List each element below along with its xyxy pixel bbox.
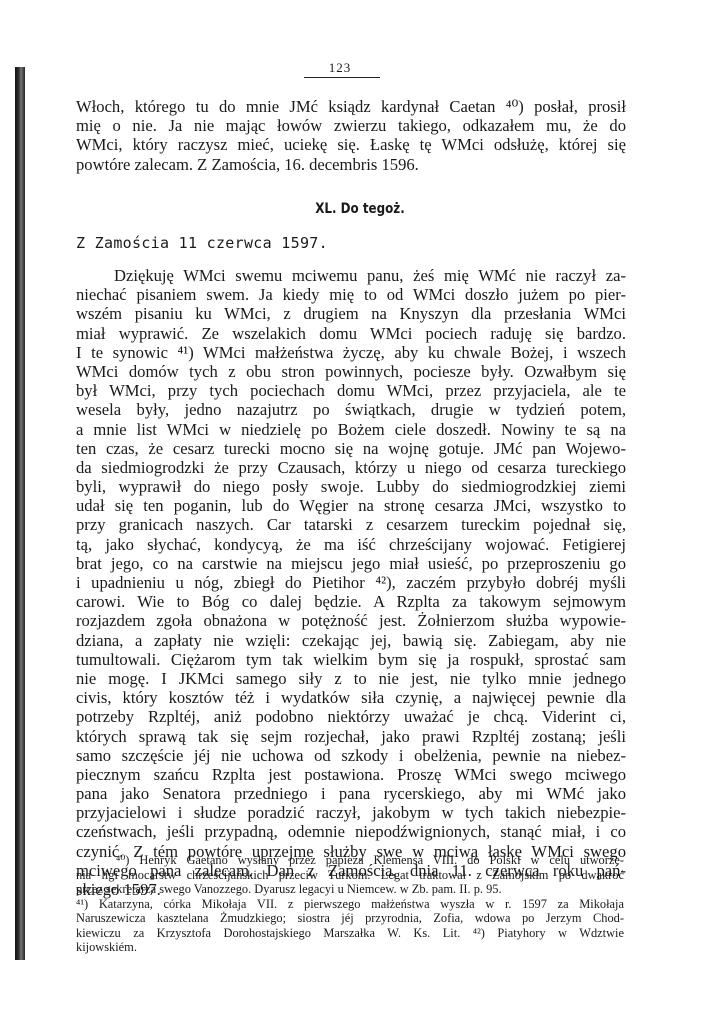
- page-number-rule: [304, 77, 380, 78]
- letter-body: Dziękuję WMci swemu mciwemu panu, żeś mi…: [76, 266, 626, 899]
- text-line: mię o nie. Ja nie mając łowów zwierzu ta…: [76, 116, 626, 135]
- text-line: a mnie list WMci w niedzielę po Bożem ci…: [76, 420, 626, 439]
- text-line: tumultowali. Ciężarom tym tak wielkim by…: [76, 650, 626, 669]
- text-line: civis, który kosztów téż i wydatków siła…: [76, 688, 626, 707]
- letter-heading: XL. Do tegoż.: [54, 201, 666, 217]
- footnote-line: ⁴⁰) Henryk Gaetano wysłany przez papieża…: [76, 853, 624, 868]
- text-line: WMci, który raczysz mieć, uciekę się. Ła…: [76, 135, 626, 154]
- text-line: brat jego, co na carstwie na miejscu jeg…: [76, 554, 626, 573]
- text-line: nie mogę. I JKMci samego siły z to nie j…: [76, 669, 626, 688]
- scan-binding-edge: [15, 67, 25, 960]
- text-line: Dziękuję WMci swemu mciwemu panu, żeś mi…: [76, 266, 626, 285]
- text-line: potrzeby Rzpltéj, aniż podobno niektórzy…: [76, 707, 626, 726]
- text-line: I te synowic ⁴¹) WMci małżeństwa życzę, …: [76, 343, 626, 362]
- continuation-paragraph: Włoch, którego tu do mnie JMć ksiądz kar…: [76, 97, 626, 174]
- text-line: Włoch, którego tu do mnie JMć ksiądz kar…: [76, 97, 626, 116]
- footnote-line: kiewiczu za Krzysztofa Dorohostajskiego …: [76, 926, 624, 941]
- text-line: przyjacielowi i słudze poradzić raczył, …: [76, 803, 626, 822]
- text-line: których sprawą tak się sejm rozjechał, j…: [76, 727, 626, 746]
- text-line: samo szczęście jéj nie uchowa od szkody …: [76, 746, 626, 765]
- footnote-line: kijowskiém.: [76, 940, 624, 955]
- text-line: powtóre zalecam. Z Zamościa, 16. decembr…: [76, 155, 626, 174]
- text-line: dziana, a zapłaty nie wzięli: czekając j…: [76, 631, 626, 650]
- text-line: ten czas, że cesarz turecki mocno się na…: [76, 439, 626, 458]
- text-line: da siedmiogrodzki że przy Czausach, któr…: [76, 458, 626, 477]
- page-number: 123: [300, 60, 380, 76]
- text-line: wszém pisaniu ku WMci, z drugiem na Knys…: [76, 304, 626, 323]
- text-line: miał wyprawić. Ze wszelakich domu WMci p…: [76, 324, 626, 343]
- footnote-line: przez sekretarza swego Vanozzego. Dyarus…: [76, 882, 624, 897]
- text-line: byli, wyprawił do niego posły swoje. Lub…: [76, 477, 626, 496]
- text-line: wesela były, jedno nazajutrz po świątkac…: [76, 400, 626, 419]
- text-line: udał się ten poganin, lub do Węgier na s…: [76, 496, 626, 515]
- text-line: był WMci, przy tych pociechach domu WMci…: [76, 381, 626, 400]
- text-line: przy granicach naszych. Car tatarski z c…: [76, 515, 626, 534]
- letter-dateline: Z Zamościa 11 czerwca 1597.: [76, 234, 328, 252]
- text-line: carowi. Wie to Bóg co dalej będzie. A Rz…: [76, 592, 626, 611]
- text-line: pana jako Senatora przedniego i pana ryc…: [76, 784, 626, 803]
- footnote-line: Naruszewicza kasztelana Żmudzkiego; sios…: [76, 911, 624, 926]
- footnote-line: nia ligi mocarstw chrześcijańskich przec…: [76, 868, 624, 883]
- text-line: i upadnieniu u nóg, zbiegł do Pietihor ⁴…: [76, 573, 626, 592]
- text-line: czeństwach, jeśli przypadną, odemnie nie…: [76, 822, 626, 841]
- text-line: WMci domów tych z obu stron powinnych, p…: [76, 362, 626, 381]
- footnote-line: ⁴¹) Katarzyna, córka Mikołaja VII. z pie…: [76, 897, 624, 912]
- text-line: tą, jako słychać, kondycyą, że ma iść ch…: [76, 535, 626, 554]
- footnotes: ⁴⁰) Henryk Gaetano wysłany przez papieża…: [76, 853, 624, 955]
- text-line: rozjazdem zgoła obnażona w potężność jes…: [76, 611, 626, 630]
- text-line: piecznym szańcu Rzplta jest postawiona. …: [76, 765, 626, 784]
- text-line: niechać pisaniem swem. Ja kiedy mię to o…: [76, 285, 626, 304]
